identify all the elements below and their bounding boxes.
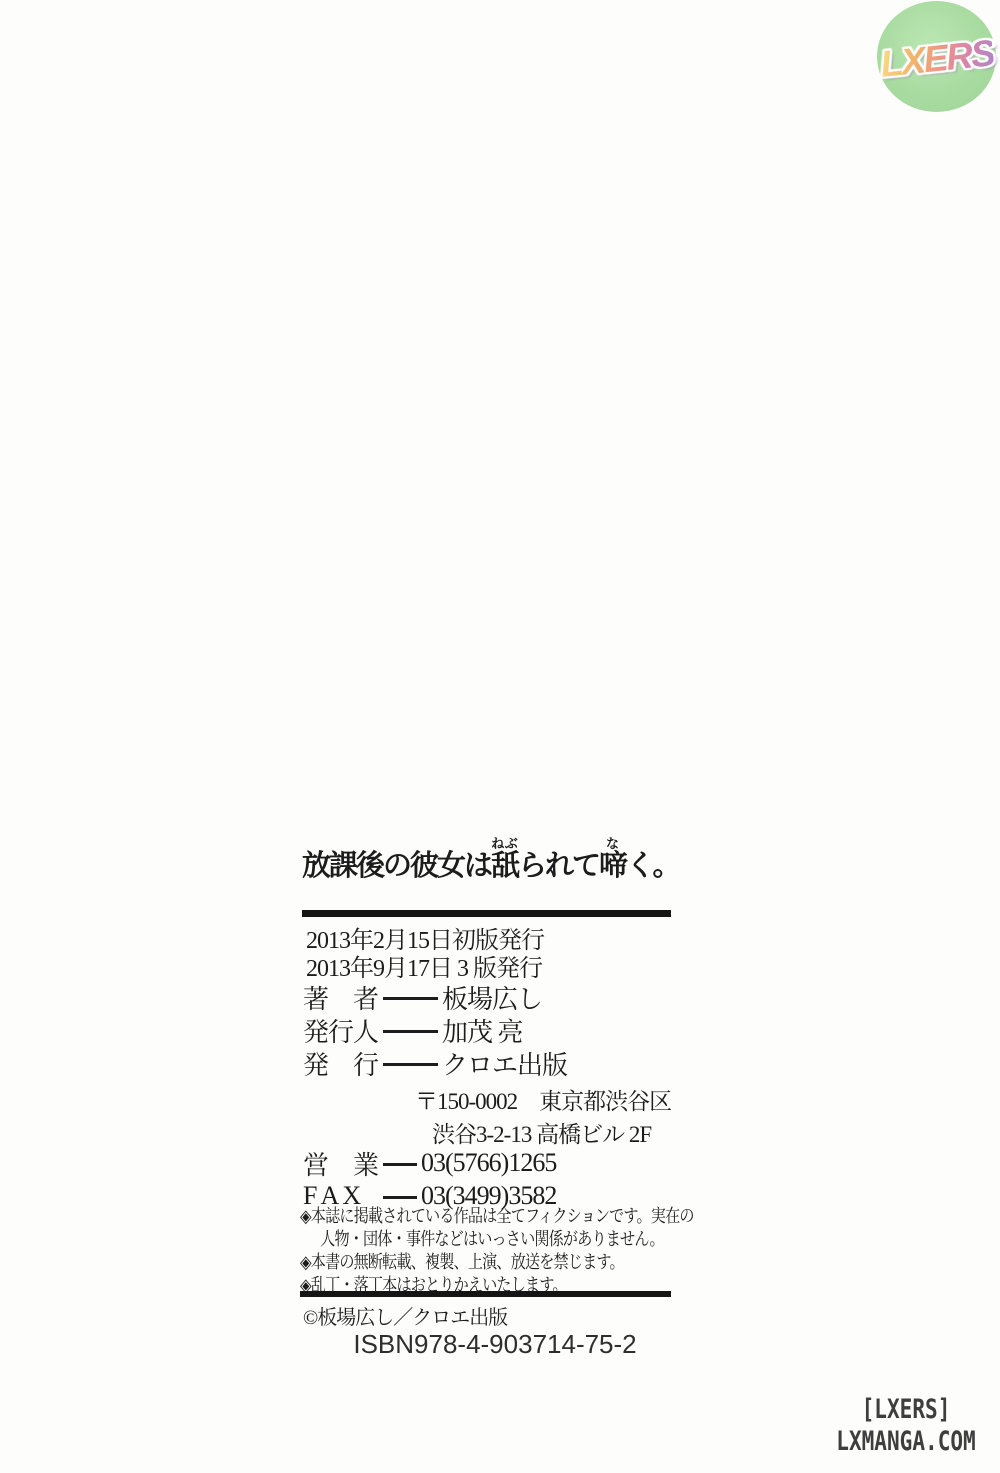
note-line-fiction-cont: 人物・団体・事件などはいっさい関係がありません。 xyxy=(300,1228,694,1251)
note-line-no-reproduction: ◈本書の無断転載、複製、上演、放送を禁じます。 xyxy=(300,1251,694,1274)
credit-label: 著 者 xyxy=(303,979,383,1016)
title-segment: 放課後の彼女は xyxy=(302,850,491,882)
credit-label: 発 行 xyxy=(303,1045,383,1082)
watermark-lxmanga: LXMANGA.COM xyxy=(828,1426,984,1458)
publisher-address-line1: 〒150-0002 東京都渋谷区 xyxy=(415,1083,671,1116)
credit-value: 板場広し xyxy=(442,979,542,1016)
copyright-line: ©板場広し／クロエ出版 xyxy=(303,1301,507,1330)
credit-value: 加茂 亮 xyxy=(442,1012,523,1049)
separator-dash xyxy=(383,997,438,1000)
isbn-number: ISBN978-4-903714-75-2 xyxy=(300,1329,690,1360)
credit-label: 発行人 xyxy=(303,1012,383,1049)
title-segment: られて xyxy=(518,850,599,882)
credit-row-publisher-person: 発行人 加茂 亮 xyxy=(303,1015,523,1045)
separator-dash xyxy=(383,1063,438,1066)
credit-row-publisher: 発 行 クロエ出版 xyxy=(303,1048,567,1078)
title-segment: く。 xyxy=(626,850,679,882)
publisher-address-line2: 渋谷3-2-13 高橋ビル 2F xyxy=(432,1116,651,1149)
note-line-fiction: ◈本誌に掲載されている作品は全てフィクションです。実在の xyxy=(300,1205,694,1228)
credit-row-author: 著 者 板場広し xyxy=(303,982,542,1012)
watermark-lxers: [LXERS] xyxy=(828,1394,984,1426)
separator-dash xyxy=(383,1196,417,1199)
lxers-logo-text: LXERS xyxy=(878,32,995,85)
divider-top-rule xyxy=(302,910,671,917)
contact-label: 営 業 xyxy=(303,1145,383,1182)
credit-value: クロエ出版 xyxy=(442,1045,567,1082)
scan-page: LXERS LXERS 放課後の彼女は舐ねぶられて啼なく。 2013年2月15日… xyxy=(0,0,1000,1473)
contact-value: 03(5766)1265 xyxy=(421,1148,556,1178)
book-title: 放課後の彼女は舐ねぶられて啼なく。 xyxy=(302,836,722,881)
separator-dash xyxy=(383,1163,417,1166)
legal-notes: ◈本誌に掲載されている作品は全てフィクションです。実在の 人物・団体・事件などは… xyxy=(300,1205,694,1297)
lxers-logo-badge: LXERS LXERS xyxy=(877,1,996,112)
title-ruby-nebu: 舐ねぶ xyxy=(491,850,518,882)
lxers-logo: LXERS LXERS xyxy=(878,32,995,86)
site-watermark: [LXERS] LXMANGA.COM xyxy=(806,1394,1000,1458)
separator-dash xyxy=(383,1030,438,1033)
title-ruby-na: 啼な xyxy=(599,850,626,882)
divider-bottom-rule xyxy=(300,1291,671,1297)
contact-row-sales: 営 業 03(5766)1265 xyxy=(303,1148,556,1178)
